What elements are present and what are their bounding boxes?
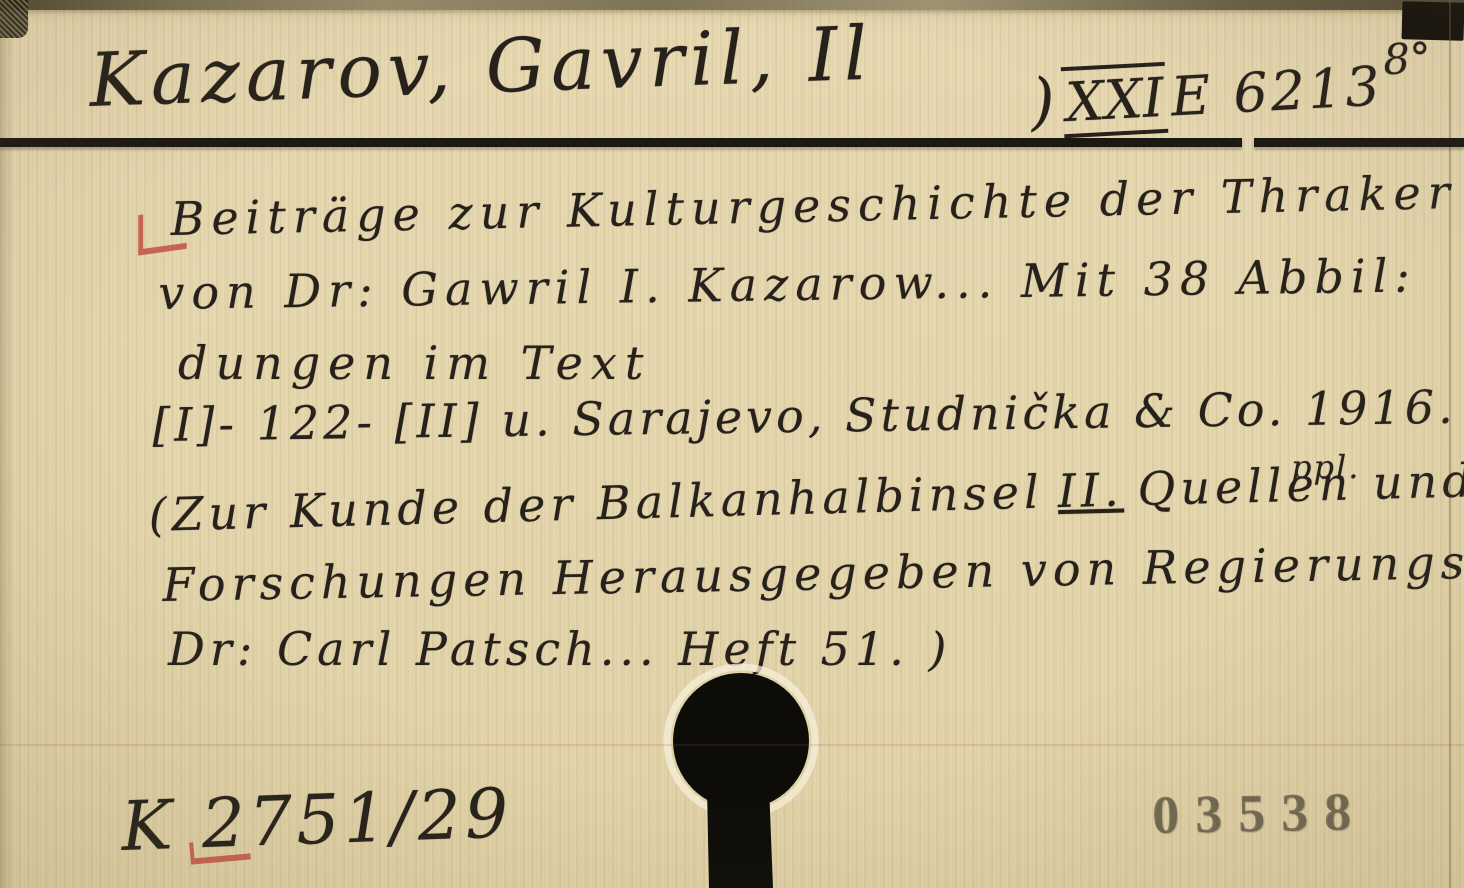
call-number: )XXIE 62138° xyxy=(1028,33,1434,138)
call-number-format-mark: 8° xyxy=(1382,33,1432,84)
title-line-3: dungen im Text xyxy=(178,336,651,390)
scan-artifact-line xyxy=(0,744,1464,746)
inventory-stamp-number: 03538 xyxy=(1151,780,1367,846)
scan-top-edge-shadow xyxy=(0,0,1464,10)
accession-number: K 2751/29 xyxy=(120,774,513,867)
series-line-1: (Zur Kunde der BalkanhalbinselII.Quellen… xyxy=(148,453,1464,542)
series-line-2: Forschungen Herausgegeben von Regierungs… xyxy=(162,534,1464,612)
left-edge-shade xyxy=(0,0,14,888)
series-line-1-pre: (Zur Kunde der Balkanhalbinsel xyxy=(148,465,1044,542)
right-edge-seam xyxy=(1449,0,1451,888)
series-superscript-note: ppl. xyxy=(1291,448,1360,486)
hole-slot-stem xyxy=(707,786,773,888)
title-line-2: von Dr: Gawril I. Kazarow... Mit 38 Abbi… xyxy=(158,248,1417,320)
author-heading: Kazarov, Gavril, Il xyxy=(88,11,875,124)
call-number-open-mark: ) xyxy=(1029,64,1057,138)
call-number-class-roman: XXI xyxy=(1061,62,1169,138)
header-rule-right-segment xyxy=(1254,138,1464,147)
series-volume-roman: II. xyxy=(1057,462,1124,518)
rod-hole-punch xyxy=(655,648,840,888)
call-number-shelf: E 6213 xyxy=(1169,55,1384,129)
imprint-line: [I]- 122- [II] u. Sarajevo, Studnička & … xyxy=(152,380,1457,452)
title-line-1: Beiträge zur Kulturgeschichte der Thrake… xyxy=(170,165,1457,246)
catalog-card-scan: Kazarov, Gavril, Il )XXIE 62138° Beiträg… xyxy=(0,0,1464,888)
header-rule-left-segment xyxy=(0,138,1242,147)
